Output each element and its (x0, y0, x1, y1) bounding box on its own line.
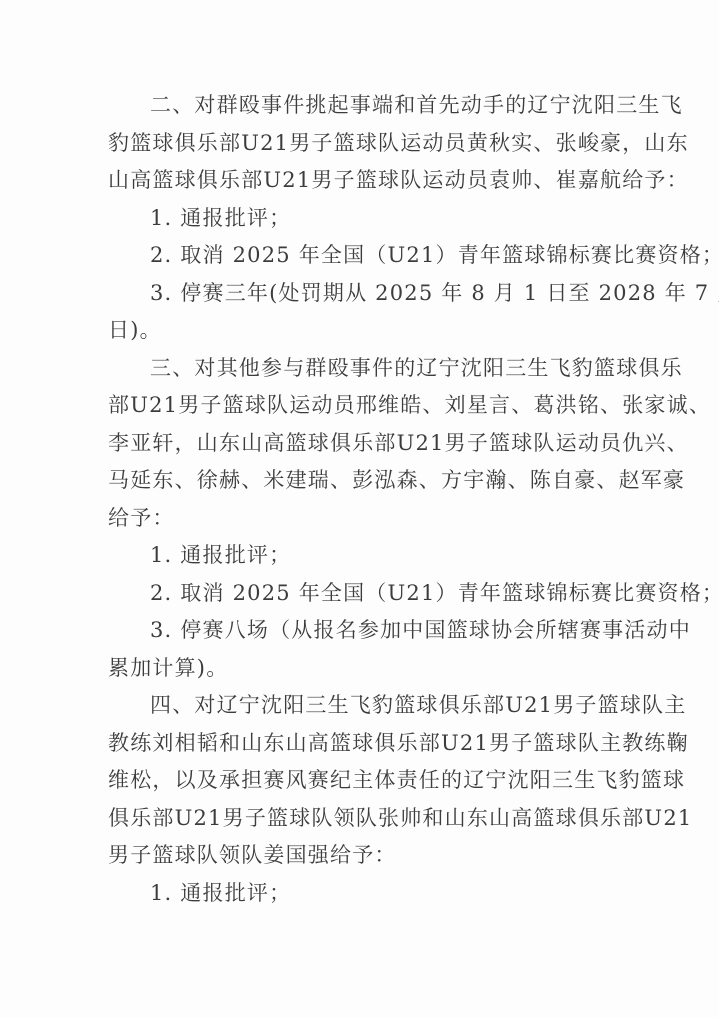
section-2-item-2: 2. 取消 2025 年全国（U21）青年篮球锦标赛比赛资格； (108, 241, 624, 279)
section-3: 三、对其他参与群殴事件的辽宁沈阳三生飞豹篮球俱乐 部U21男子篮球队运动员邢维皓… (108, 354, 624, 692)
section-2-heading-line-2: 豹篮球俱乐部U21男子篮球队运动员黄秋实、张峻豪，山东 (108, 129, 624, 167)
section-4-heading-line-3: 维松，以及承担赛风赛纪主体责任的辽宁沈阳三生飞豹篮球 (108, 766, 624, 804)
section-3-heading-line-5: 给予： (108, 504, 624, 542)
section-2-item-1: 1. 通报批评； (108, 204, 624, 242)
section-4-item-1: 1. 通报批评； (108, 879, 624, 917)
section-3-heading-line-4: 马延东、徐赫、米建瑞、彭泓森、方宇瀚、陈自豪、赵军豪 (108, 466, 624, 504)
section-3-heading-line-3: 李亚轩，山东山高篮球俱乐部U21男子篮球队运动员仇兴、 (108, 429, 624, 467)
document-body: 二、对群殴事件挑起事端和首先动手的辽宁沈阳三生飞 豹篮球俱乐部U21男子篮球队运… (108, 91, 624, 916)
section-3-item-3-line-1: 3. 停赛八场（从报名参加中国篮球协会所辖赛事活动中 (108, 616, 624, 654)
section-3-item-3-line-2: 累加计算)。 (108, 654, 624, 692)
section-2-heading-line-1: 二、对群殴事件挑起事端和首先动手的辽宁沈阳三生飞 (108, 91, 624, 129)
section-4-heading-line-2: 教练刘相韬和山东山高篮球俱乐部U21男子篮球队主教练鞠 (108, 729, 624, 767)
section-3-item-2: 2. 取消 2025 年全国（U21）青年篮球锦标赛比赛资格； (108, 579, 624, 617)
section-4-heading-line-1: 四、对辽宁沈阳三生飞豹篮球俱乐部U21男子篮球队主 (108, 691, 624, 729)
section-2-item-3-line-2: 日)。 (108, 316, 624, 354)
section-2-item-3-line-1: 3. 停赛三年(处罚期从 2025 年 8 月 1 日至 2028 年 7 月 … (108, 279, 624, 317)
section-4: 四、对辽宁沈阳三生飞豹篮球俱乐部U21男子篮球队主 教练刘相韬和山东山高篮球俱乐… (108, 691, 624, 916)
section-2-heading-line-3: 山高篮球俱乐部U21男子篮球队运动员袁帅、崔嘉航给予： (108, 166, 624, 204)
section-3-heading-line-2: 部U21男子篮球队运动员邢维皓、刘星言、葛洪铭、张家诚、 (108, 391, 624, 429)
section-2: 二、对群殴事件挑起事端和首先动手的辽宁沈阳三生飞 豹篮球俱乐部U21男子篮球队运… (108, 91, 624, 354)
section-4-heading-line-4: 俱乐部U21男子篮球队领队张帅和山东山高篮球俱乐部U21 (108, 804, 624, 842)
section-3-item-1: 1. 通报批评； (108, 541, 624, 579)
document-page: 二、对群殴事件挑起事端和首先动手的辽宁沈阳三生飞 豹篮球俱乐部U21男子篮球队运… (0, 0, 719, 1017)
section-3-heading-line-1: 三、对其他参与群殴事件的辽宁沈阳三生飞豹篮球俱乐 (108, 354, 624, 392)
section-4-heading-line-5: 男子篮球队领队姜国强给予： (108, 841, 624, 879)
